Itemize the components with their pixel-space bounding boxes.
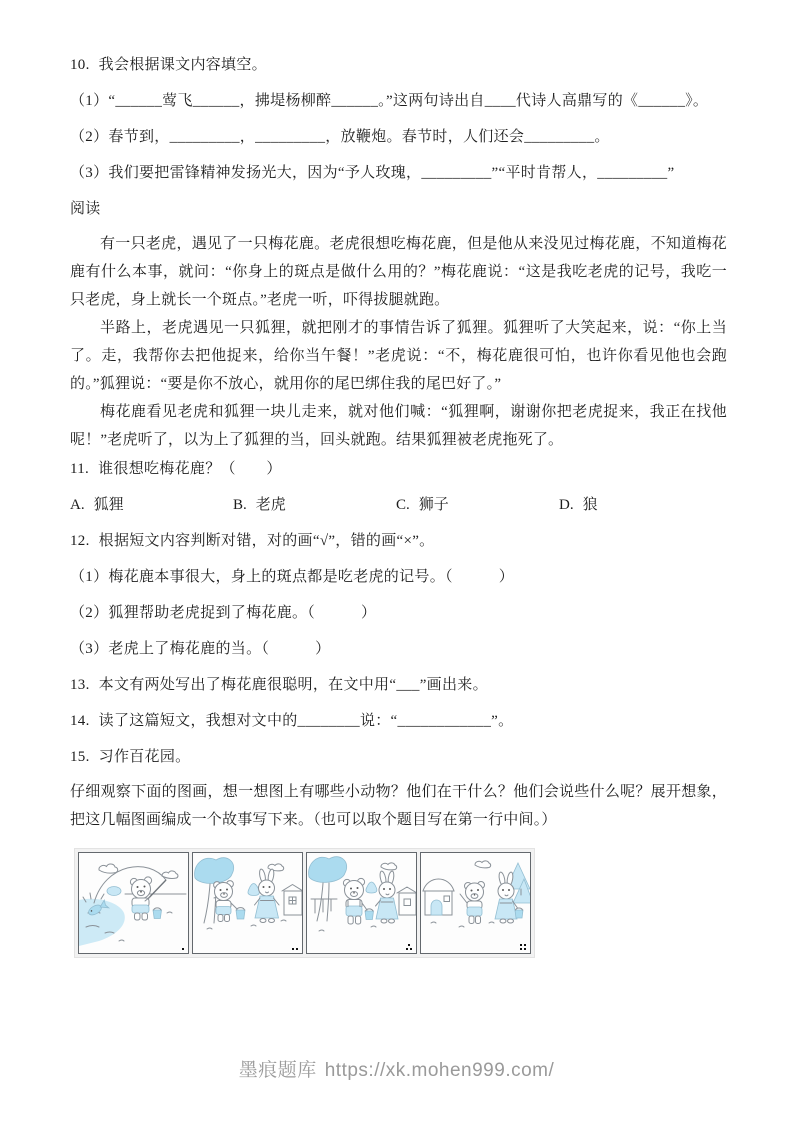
question-10-number: 10.	[70, 57, 90, 73]
option-d-label: D.	[559, 497, 574, 513]
reading-paragraph-2: 半路上，老虎遇见一只狐狸，就把刚才的事情告诉了狐狸。狐狸听了大笑起来，说：“你上…	[70, 314, 727, 398]
question-13: 13.本文有两处写出了梅花鹿很聪明，在文中用“___”画出来。	[70, 670, 727, 700]
question-13-number: 13.	[70, 677, 90, 693]
question-10-title: 我会根据课文内容填空。	[99, 57, 267, 73]
reading-section-label: 阅读	[70, 194, 727, 224]
question-10: 10.我会根据课文内容填空。 （1）“______莺飞______，拂堤杨柳醉_…	[70, 50, 727, 188]
option-b: B.老虎	[233, 490, 396, 520]
question-12-head: 12.根据短文内容判断对错，对的画“√”，错的画“×”。	[70, 526, 727, 556]
option-d: D.狼	[559, 490, 598, 520]
story-panel-1	[78, 852, 189, 954]
question-12: 12.根据短文内容判断对错，对的画“√”，错的画“×”。 （1）梅花鹿本事很大，…	[70, 526, 727, 664]
question-10-item-2: （2）春节到，_________，_________，放鞭炮。春节时，人们还会_…	[70, 122, 727, 152]
question-11-options: A.狐狸 B.老虎 C.狮子 D.狼	[70, 490, 727, 520]
exam-page: 10.我会根据课文内容填空。 （1）“______莺飞______，拂堤杨柳醉_…	[0, 0, 793, 1122]
question-10-item-1: （1）“______莺飞______，拂堤杨柳醉______。”这两句诗出自__…	[70, 86, 727, 116]
panel-2-number-dots	[292, 948, 299, 951]
bear-and-rabbit-walking-illustration	[307, 853, 416, 953]
question-14-head: 14.读了这篇短文，我想对文中的________说：“____________”…	[70, 706, 727, 736]
question-11-title: 谁很想吃梅花鹿？（ ）	[98, 461, 282, 477]
option-d-text: 狼	[583, 497, 598, 513]
story-panel-2	[192, 852, 303, 954]
question-10-item-3: （3）我们要把雷锋精神发扬光大，因为“予人玫瑰，_________”“平时肯帮人…	[70, 158, 727, 188]
story-panel-3	[306, 852, 417, 954]
question-10-head: 10.我会根据课文内容填空。	[70, 50, 727, 80]
option-b-label: B.	[233, 497, 247, 513]
question-12-number: 12.	[70, 533, 90, 549]
question-12-item-3: （3）老虎上了梅花鹿的当。（ ）	[70, 634, 727, 664]
bear-fishing-illustration	[79, 853, 188, 953]
footer-watermark: 墨痕题库https://xk.mohen999.com/	[0, 1055, 793, 1082]
reading-paragraph-1: 有一只老虎，遇见了一只梅花鹿。老虎很想吃梅花鹿，但是他从来没见过梅花鹿，不知道梅…	[70, 230, 727, 314]
option-c: C.狮子	[396, 490, 559, 520]
question-15: 15.习作百花园。 仔细观察下面的图画，想一想图上有哪些小动物？他们在干什么？他…	[70, 742, 727, 959]
question-12-title: 根据短文内容判断对错，对的画“√”，错的画“×”。	[99, 533, 435, 549]
panel-1-number-dots	[182, 948, 185, 951]
option-c-text: 狮子	[419, 497, 449, 513]
question-12-item-1: （1）梅花鹿本事很大，身上的斑点都是吃老虎的记号。（ ）	[70, 562, 727, 592]
reading-passage: 有一只老虎，遇见了一只梅花鹿。老虎很想吃梅花鹿，但是他从来没见过梅花鹿，不知道梅…	[70, 230, 727, 454]
question-13-head: 13.本文有两处写出了梅花鹿很聪明，在文中用“___”画出来。	[70, 670, 727, 700]
option-a-text: 狐狸	[94, 497, 124, 513]
story-panel-4	[420, 852, 531, 954]
option-c-label: C.	[396, 497, 410, 513]
option-a-label: A.	[70, 497, 85, 513]
story-picture-strip	[74, 848, 535, 958]
question-14-title: 读了这篇短文，我想对文中的________说：“____________”。	[99, 713, 514, 729]
footer-site-name: 墨痕题库	[239, 1060, 317, 1081]
question-15-instructions: 仔细观察下面的图画，想一想图上有哪些小动物？他们在干什么？他们会说些什么呢？展开…	[70, 778, 727, 834]
question-13-title: 本文有两处写出了梅花鹿很聪明，在文中用“___”画出来。	[99, 677, 488, 693]
bear-meets-rabbit-illustration	[193, 853, 302, 953]
question-11-number: 11.	[70, 461, 89, 477]
question-12-item-2: （2）狐狸帮助老虎捉到了梅花鹿。（ ）	[70, 598, 727, 628]
question-11: 11.谁很想吃梅花鹿？（ ） A.狐狸 B.老虎 C.狮子 D.狼	[70, 454, 727, 520]
question-15-number: 15.	[70, 749, 90, 765]
question-14-number: 14.	[70, 713, 90, 729]
panel-4-number-dots	[520, 944, 527, 951]
exam-content: 10.我会根据课文内容填空。 （1）“______莺飞______，拂堤杨柳醉_…	[0, 0, 793, 959]
bear-rabbit-farewell-illustration	[421, 853, 530, 953]
question-15-head: 15.习作百花园。	[70, 742, 727, 772]
reading-paragraph-3: 梅花鹿看见老虎和狐狸一块儿走来，就对他们喊：“狐狸啊，谢谢你把老虎捉来，我正在找…	[70, 398, 727, 454]
footer-url: https://xk.mohen999.com/	[325, 1060, 555, 1081]
question-14: 14.读了这篇短文，我想对文中的________说：“____________”…	[70, 706, 727, 736]
panel-3-number-dots	[406, 944, 413, 951]
option-a: A.狐狸	[70, 490, 233, 520]
option-b-text: 老虎	[256, 497, 286, 513]
question-15-title: 习作百花园。	[99, 749, 191, 765]
question-11-head: 11.谁很想吃梅花鹿？（ ）	[70, 454, 727, 484]
